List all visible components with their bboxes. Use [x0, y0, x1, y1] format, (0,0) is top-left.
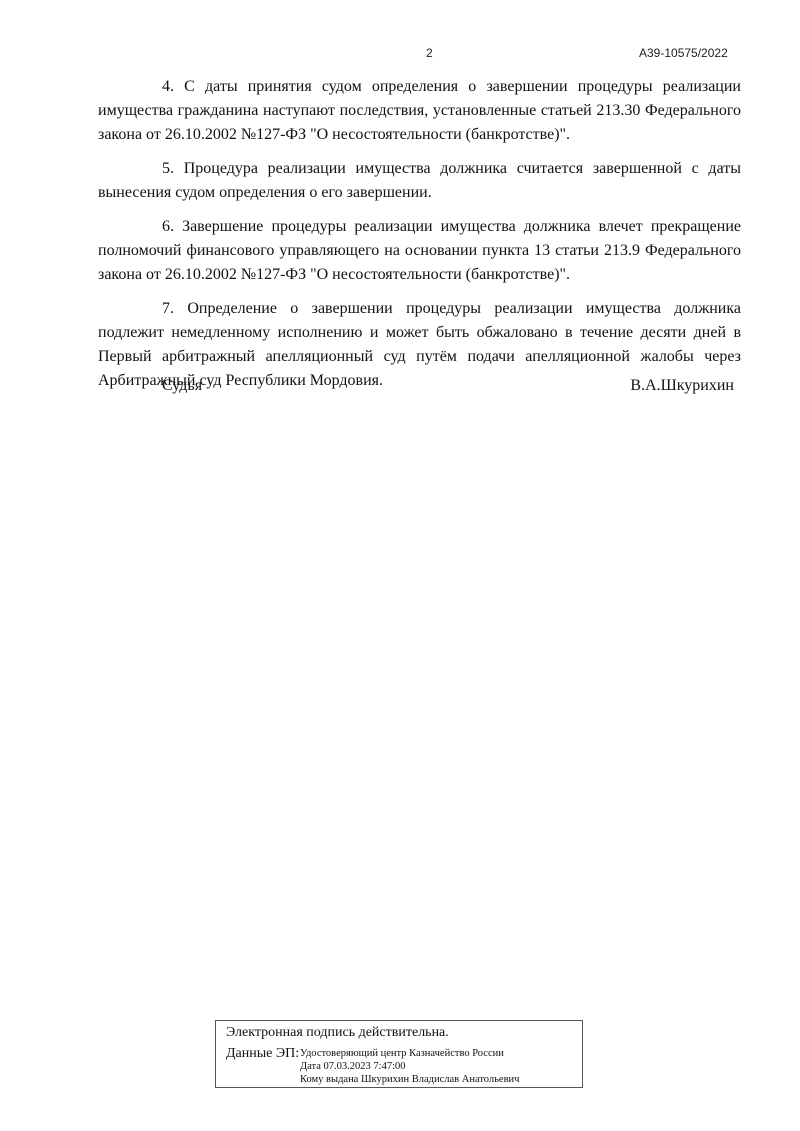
signature-name: В.А.Шкурихин: [630, 377, 734, 395]
e-signature-stamp: Электронная подпись действительна. Данны…: [215, 1020, 583, 1088]
case-number: А39-10575/2022: [639, 46, 728, 60]
e-signature-label: Данные ЭП:: [226, 1046, 300, 1086]
paragraph-6: 6. Завершение процедуры реализации имуще…: [98, 215, 741, 287]
e-signature-owner: Кому выдана Шкурихин Владислав Анатольев…: [300, 1073, 519, 1086]
signature-block: Судья В.А.Шкурихин: [162, 377, 734, 395]
document-body: 4. С даты принятия судом определения о з…: [98, 75, 741, 403]
e-signature-date: Дата 07.03.2023 7:47:00: [300, 1060, 519, 1073]
page-number: 2: [426, 46, 433, 60]
signature-role: Судья: [162, 377, 202, 395]
paragraph-5: 5. Процедура реализации имущества должни…: [98, 157, 741, 205]
e-signature-title: Электронная подпись действительна.: [226, 1024, 572, 1042]
e-signature-issuer: Удостоверяющий центр Казначейство России: [300, 1047, 519, 1060]
paragraph-4: 4. С даты принятия судом определения о з…: [98, 75, 741, 147]
